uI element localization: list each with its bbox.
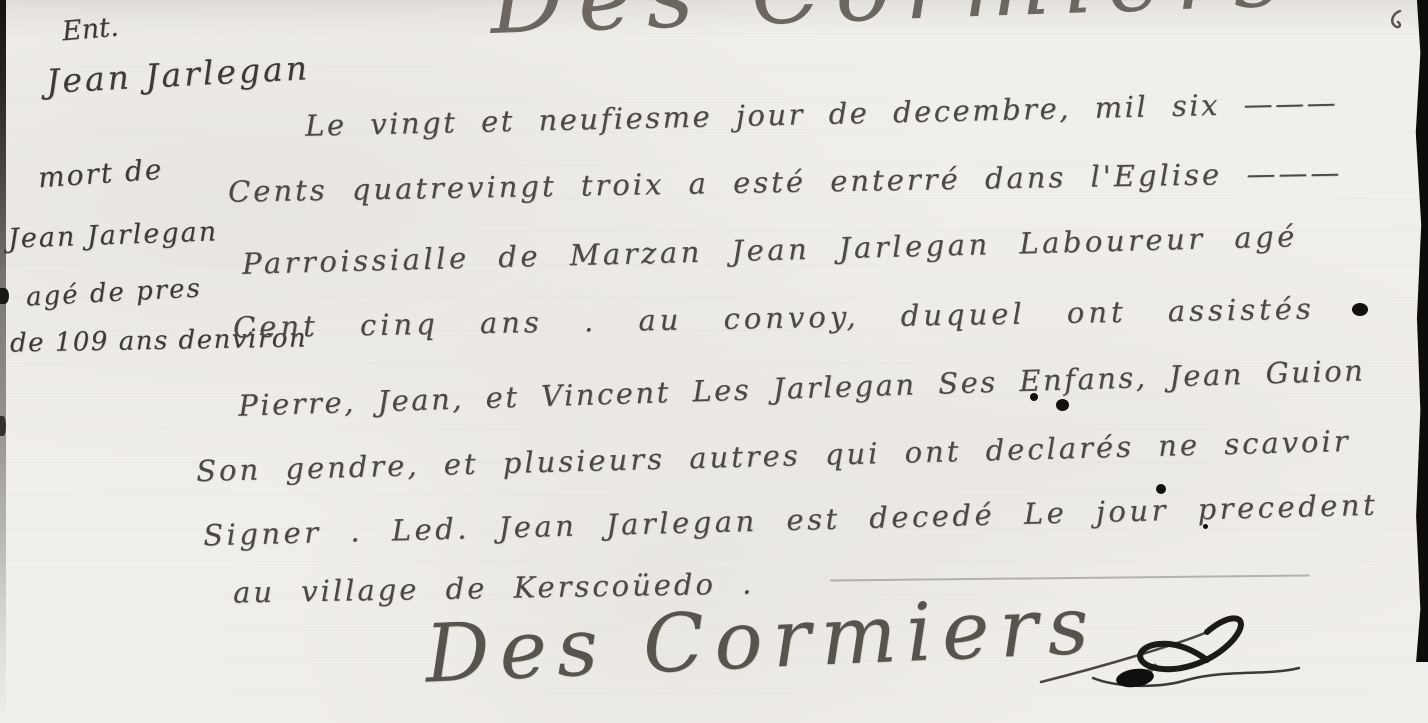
- scan-edge-left: [0, 0, 6, 723]
- scan-edge-blob: [0, 416, 6, 436]
- margin-note-name: Jean Jarlegan: [45, 51, 310, 98]
- record-body-line: Parroissialle de Marzan Jean Jarlegan La…: [242, 222, 1298, 279]
- margin-note-age-1: agé de pres: [25, 275, 202, 310]
- previous-entry-signature-fragment: Des Cormiers: [489, 0, 1296, 48]
- record-body-line: Le vingt et neufiesme jour de decembre, …: [305, 88, 1339, 140]
- ink-blot: [1030, 393, 1038, 401]
- record-body-line: Cents quatrevingt troix a esté enterré d…: [228, 158, 1343, 206]
- record-body-line: Pierre, Jean, et Vincent Les Jarlegan Se…: [238, 356, 1366, 420]
- scan-edge-blob: [0, 288, 9, 304]
- ink-blot: [1156, 484, 1166, 494]
- stray-ink-mark: [1386, 8, 1408, 34]
- ink-blot: [1056, 399, 1069, 411]
- record-body-line: Signer . Led. Jean Jarlegan est decedé L…: [203, 491, 1379, 551]
- record-body-line: Cent cinq ans . au convoy, duquel ont as…: [233, 295, 1315, 343]
- margin-note-name-2: Jean Jarlegan: [8, 218, 219, 252]
- ink-blot: [1203, 524, 1208, 529]
- signature-paraph-flourish: [1035, 602, 1325, 717]
- record-body-line: Son gendre, et plusieurs autres qui ont …: [196, 427, 1351, 486]
- margin-note-mort-de: mort de: [37, 156, 164, 193]
- scan-edge-right: [1411, 0, 1428, 662]
- margin-note-entry-type: Ent.: [61, 14, 120, 46]
- scanned-parish-record-page: Des Cormiers Ent. Jean Jarlegan mort de …: [0, 0, 1428, 723]
- ink-blot: [1352, 303, 1368, 316]
